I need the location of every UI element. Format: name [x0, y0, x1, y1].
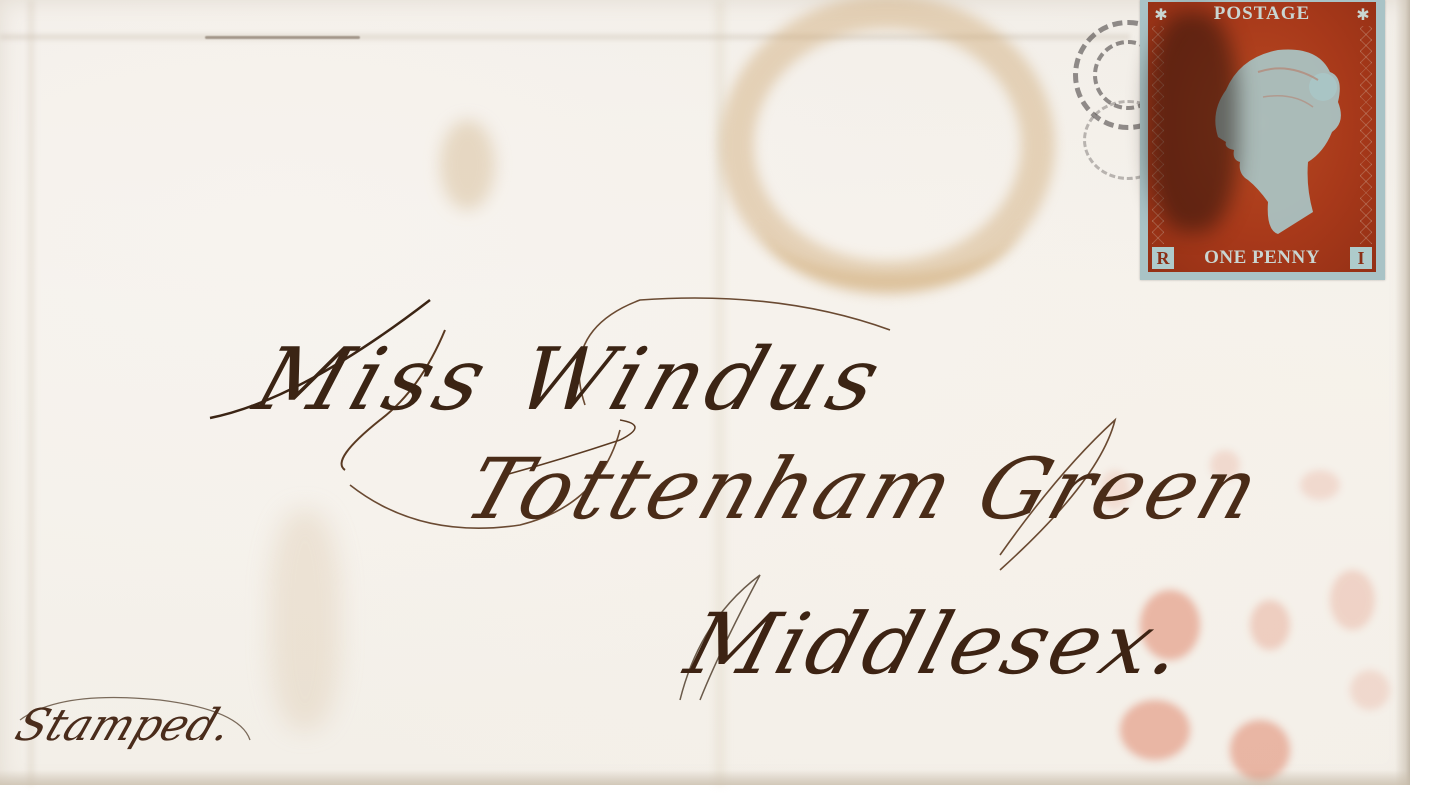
stamp-design: POSTAGE ✱ ✱ ONE PENNY R I — [1148, 2, 1376, 272]
stamp-corner-star-icon: ✱ — [1150, 5, 1172, 25]
stamp-corner-star-icon: ✱ — [1352, 5, 1374, 25]
address-line-1: Miss Windus — [244, 330, 898, 430]
stamp-top-label: POSTAGE — [1148, 2, 1376, 26]
address-line-3: Middlesex. — [676, 595, 1198, 693]
small-brown-stain — [440, 120, 495, 210]
faint-stain-left — [270, 510, 340, 730]
stamp-corner-letter-right: I — [1350, 247, 1372, 269]
stamp-corner-letter-left: R — [1152, 247, 1174, 269]
ink-smudge-top — [205, 36, 360, 39]
fold-crease-left — [28, 0, 34, 785]
address-line-2: Tottenham Green — [454, 440, 1274, 538]
envelope: POSTAGE ✱ ✱ ONE PENNY R I Miss Windus To… — [0, 0, 1410, 785]
stamp-cancellation-smudge — [1148, 12, 1238, 232]
stamped-annotation: Stamped. — [9, 700, 240, 751]
penny-red-stamp: POSTAGE ✱ ✱ ONE PENNY R I — [1140, 0, 1385, 280]
tea-ring-stain-inner — [760, 150, 1020, 290]
stamp-value-label: ONE PENNY — [1148, 244, 1376, 272]
